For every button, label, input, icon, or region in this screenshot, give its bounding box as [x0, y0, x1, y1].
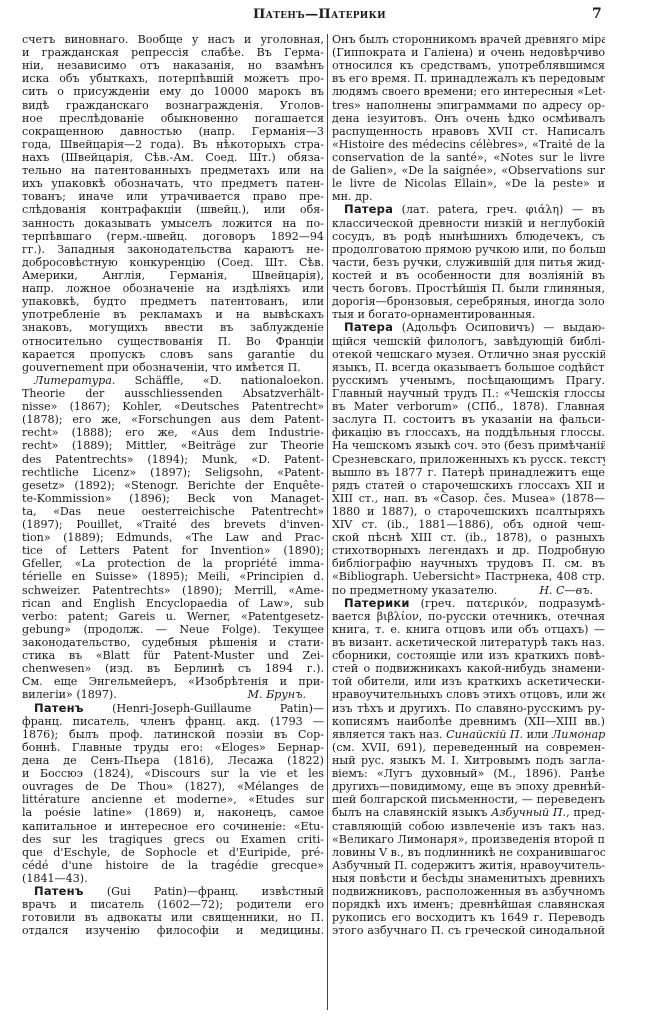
- text-line: la poésie latine» (1869) и, наконецъ, са…: [22, 806, 324, 819]
- text-line: стей о подвижникахъ какой-нибудь знамени…: [332, 662, 605, 675]
- text-line: гг.). Западныя законодательства караютъ …: [22, 243, 324, 256]
- text-line: Срезневскаго, приложенныхъ къ русск. тек…: [332, 453, 605, 466]
- text-line: рядъ статей о старочешскихъ глоссахъ XII…: [332, 479, 605, 492]
- text-line: нравоучительныхъ словъ этихъ отцовъ, или…: [332, 688, 605, 701]
- literature-last-line: вилегіи» (1897).М. Брунъ.: [22, 688, 324, 701]
- text-line: вилегіи» (1897).: [22, 688, 117, 701]
- author-signature: М. Брунъ.: [248, 688, 324, 701]
- text-line: напр. ложное обозначеніе на издѣліяхъ ил…: [22, 282, 324, 295]
- text-line: des Patentrechts» (1894); Munk, «D. Pate…: [22, 453, 324, 466]
- italic-title: Лимонарь: [552, 728, 605, 741]
- text-line: térielle en Suisse» (1895); Meili, «Prin…: [22, 570, 324, 583]
- text-line: См. еще Энгельмейеръ, «Изобрѣтенія и при…: [22, 675, 324, 688]
- text-line: знаковъ, могущихъ ввести въ заблужденіе: [22, 321, 324, 334]
- text-line: и Боссюэ (1824), «Discours sur la vie et…: [22, 767, 324, 780]
- text-line: людямъ своего времени; его интересныя «L…: [332, 85, 605, 98]
- text-line: 1880 и 1887), о старочешскихъ псалтыряхъ: [332, 505, 605, 518]
- text-line: относился къ средствамъ, употреблявшимся: [332, 59, 605, 72]
- entry-last-line: по предметному указателю.Н. С—въ.: [332, 584, 605, 597]
- text-line: видѣ гражданскаго вознагражденія. Уголов…: [22, 99, 324, 112]
- text-line: карается пропускъ словъ sans garantie du: [22, 348, 324, 361]
- text-line: подвижниковъ, расположенныя въ азбучномъ: [332, 885, 605, 898]
- text-line: порядкѣ ихъ именъ; древнѣйшая славянская: [332, 898, 605, 911]
- entry-heading-line: Патера (лат. patera, греч. φιάλη) — въ: [332, 203, 605, 216]
- text-line: (1878); его же, «Forschungen aus dem Pat…: [22, 413, 324, 426]
- text-line: gouvernement при обозначеніи, что имѣетс…: [22, 361, 324, 374]
- text-line: gesetz» (1892); «Stenogr. Berichte der E…: [22, 479, 324, 492]
- text-line: по предметному указателю.: [332, 584, 497, 597]
- text-line: щійся чешскій филологъ, завѣдующій библі…: [332, 335, 605, 348]
- text-line: (Гиппократа и Галіена) и очень недовѣрчи…: [332, 46, 605, 59]
- entry-heading-line: Патерики (греч. πατερικόν, подразумѣ-: [332, 597, 605, 610]
- text-line: віемъ: «Лугъ духовный» (М., 1896). Ранѣе: [332, 767, 605, 780]
- text-line: этого азбучнаго П. съ греческой синодаль…: [332, 924, 605, 937]
- text-line: занность доказывать умыселъ ложится на п…: [22, 217, 324, 230]
- text-line: gebung» (продолж. — Neue Folge). Текущее: [22, 623, 324, 636]
- text-line: сборники, состоящіе или изъ краткихъ пов…: [332, 649, 605, 662]
- entry-heading-line: Патенъ (Henri-Joseph-Guillaume Patin)—: [22, 702, 324, 715]
- text-line: дена де Сенъ-Пьера (1816), Лесажа (1822): [22, 754, 324, 767]
- text-line: ta, «Das neue oesterreichische Patentrec…: [22, 505, 324, 518]
- speck: [363, 14, 365, 16]
- entry-text: (греч. πατερικόν, подразумѣ-: [410, 597, 605, 610]
- text-line: te-Kommission» (1896); Beck von Managet-: [22, 492, 324, 505]
- text-line: законодательство, судебныя рѣшенія и ста…: [22, 636, 324, 649]
- entry-headword: Патерики: [344, 597, 410, 610]
- text-line: Gfeller, «La protection de la propriété …: [22, 557, 324, 570]
- text-line: стика въ «Blatt für Patent-Muster und Ze…: [22, 649, 324, 662]
- text-line: сить о присужденіи ему до 10000 марокъ в…: [22, 85, 324, 98]
- text-line: ихъ упаковкѣ обозначать, что предметъ па…: [22, 177, 324, 190]
- text-line: библіографію научныхъ трудовъ П. см. въ: [332, 557, 605, 570]
- text-line: отекой чешскаго музея. Отлично зная русс…: [332, 348, 605, 361]
- text-line: XIII ст., нап. въ «Časop. čes. Musea» (1…: [332, 492, 605, 505]
- text-line: verbo: patent; Gareis u. Werner, «Patent…: [22, 610, 324, 623]
- right-column: Онъ былъ сторонникомъ врачей древняго мі…: [332, 33, 605, 938]
- entry-headword: Патенъ: [34, 702, 84, 715]
- literature-label: Литература.: [34, 374, 115, 387]
- text-line: фикацію въ глоссахъ, на поддѣльныя глосс…: [332, 426, 605, 439]
- text-line: de Galien», «De la saignée», «Observatio…: [332, 164, 605, 177]
- text-fragment: былъ на славянскій языкъ: [332, 806, 491, 819]
- text-line: rechtliche Licenz» (1897); Seligsohn, «P…: [22, 466, 324, 479]
- text-line: schweizer. Patentrechts» (1890); Merrill…: [22, 584, 324, 597]
- text-line: nisse» (1867); Kohler, «Deutsches Patent…: [22, 400, 324, 413]
- text-line: ніи, независимо отъ наказанія, но взамѣн…: [22, 59, 324, 72]
- text-line: tres» наполнены эпиграммами по адресу ор…: [332, 99, 605, 112]
- text-fragment: , пред-: [566, 806, 605, 819]
- text-line: классической древности низкій и неглубок…: [332, 217, 605, 230]
- text-line: нахъ (Швейцарія, Сѣв.-Ам. Соед. Шт.) обя…: [22, 151, 324, 164]
- text-line: conservation de la santé», «Notes sur le…: [332, 151, 605, 164]
- text-line: (1897); Pouillet, «Traité des brevets d'…: [22, 518, 324, 531]
- text-line: (см. XVII, 691), переведенный на совреме…: [332, 741, 605, 754]
- text-line: боннѣ. Главные труды его: «Eloges» Берна…: [22, 741, 324, 754]
- text-line: Онъ былъ сторонникомъ врачей древняго мі…: [332, 33, 605, 46]
- text-line: littérature ancienne et moderne», «Etude…: [22, 793, 324, 806]
- text-line: ставляющій собою извлеченіе изъ такъ наз…: [332, 820, 605, 833]
- text-line: тельно на патентованныхъ предметахъ или …: [22, 164, 324, 177]
- italic-title: Синайскій П.: [446, 728, 523, 741]
- column-divider: [327, 34, 328, 1010]
- text-line: На чешскомъ языкѣ соч. это (безъ примѣча…: [332, 439, 605, 452]
- text-line: des sur les tragiques grecs ou Examen cr…: [22, 833, 324, 846]
- text-line: ловины V в., въ подлинникѣ не сохранивша…: [332, 846, 605, 859]
- entry-headword: Патера: [344, 203, 393, 216]
- text-line: употребленіе въ рекламахъ и на вывѣскахъ: [22, 308, 324, 321]
- text-line: другихъ—повидимому, еще въ эпоху древнѣй…: [332, 780, 605, 793]
- text-line: продолговатою прямою ручкою или, по боль…: [332, 243, 605, 256]
- text-line: que d'Eschyle, de Sophocle et d'Euripide…: [22, 846, 324, 859]
- text-line: сосудъ, въ родѣ нынѣшнихъ блюдечекъ, съ: [332, 230, 605, 243]
- text-line: терпѣвшаго (герм.-швейц. договоръ 1892—9…: [22, 230, 324, 243]
- entry-headword: Патенъ: [34, 885, 84, 898]
- text-line: счетъ виновнаго. Вообще у насъ и уголовн…: [22, 33, 324, 46]
- text-line: врачъ и писатель (1602—72); родители его: [22, 898, 324, 911]
- text-line: части, безъ ручки, служившій для питья ж…: [332, 256, 605, 269]
- text-line: ное преслѣдованіе обыкновенно погашается: [22, 112, 324, 125]
- text-line: тыя и богато-орнаментированныя.: [332, 308, 605, 321]
- text-line: распущенность нравовъ XVII ст. Написалъ: [332, 125, 605, 138]
- text-line: Америки, Англія, Германія, Швейцарія),: [22, 269, 324, 282]
- text-line: «Великаго Лимонаря», произведенія второй…: [332, 833, 605, 846]
- text-line: ныя повѣсти и бесѣды знаменитыхъ древних…: [332, 872, 605, 885]
- text-fragment: или: [523, 728, 552, 741]
- text-line: франц. писатель, членъ франц. акд. (1793…: [22, 715, 324, 728]
- text-line: рукопись его восходитъ къ 1649 г. Перево…: [332, 911, 605, 924]
- text-line: chenwesen» (изд. въ Берлинѣ съ 1894 г.).: [22, 662, 324, 675]
- text-fragment: является такъ наз.: [332, 728, 446, 741]
- text-line: въ Mater verborum» (СПб., 1878). Главная: [332, 400, 605, 413]
- text-line: въ визант. аскетической литературѣ такъ …: [332, 636, 605, 649]
- entry-text: (Henri-Joseph-Guillaume Patin)—: [84, 702, 324, 715]
- text-line: той обители, или изъ краткихъ аскетическ…: [332, 675, 605, 688]
- text-line: le livre de Nicolas Ellain», «De la pest…: [332, 177, 605, 190]
- entry-text: (Gui Patin)—франц. извѣстный: [84, 885, 324, 898]
- text-line-mixed: является такъ наз. Синайскій П. или Лимо…: [332, 728, 605, 741]
- literature-heading-line: Литература. Schäffle, «D. nationaloekon.: [22, 374, 324, 387]
- text-line: recht» (1888); его же, «Aus dem Industri…: [22, 426, 324, 439]
- entry-heading-line: Патенъ (Gui Patin)—франц. извѣстный: [22, 885, 324, 898]
- text-line: rican and English Encyclopaedia of Law»,…: [22, 597, 324, 610]
- text-line: «Histoire des médecins célèbres», «Trait…: [332, 138, 605, 151]
- running-title: Патенъ—Патерики: [253, 7, 386, 22]
- text-line: «Bibliograph. Uebersicht» Пастрнека, 408…: [332, 570, 605, 583]
- entry-heading-line: Патера (Адольфъ Осиповичъ) — выдаю-: [332, 321, 605, 334]
- text-line: Theorie der ausschliessenden Absatzverhä…: [22, 387, 324, 400]
- text-line: отдался изученію философіи и медицины.: [22, 924, 324, 937]
- text-line: и гражданская репрессія слабѣе. Въ Герма…: [22, 46, 324, 59]
- text-line: добросовѣстную конкуренцію (Соед. Шт. Сѣ…: [22, 256, 324, 269]
- text-line: 1876); былъ проф. латинской поэзіи въ Со…: [22, 728, 324, 741]
- text-line: Главный научный трудъ П.: «Чешскія глосс…: [332, 387, 605, 400]
- text-line: мн. др.: [332, 190, 605, 203]
- page-number: 7: [592, 6, 602, 22]
- text-line: относительно существованія П. Во Франціи: [22, 335, 324, 348]
- text-line: упаковкѣ, будто предметъ патентованъ, ил…: [22, 295, 324, 308]
- text-line: языкъ, П. всегда оказываетъ большое содѣ…: [332, 361, 605, 374]
- text-line: XIV ст. (ib., 1881—1886), объ одной чеш-: [332, 518, 605, 531]
- text-line: книга, т. е. книга отцовъ или объ отцахъ…: [332, 623, 605, 636]
- text-line: ской пѣснѣ XIII ст. (ib., 1878), о разны…: [332, 531, 605, 544]
- text-line: (1841—43).: [22, 872, 324, 885]
- entry-text: (лат. patera, греч. φιάλη) — въ: [393, 203, 605, 216]
- text-line: готовили въ адвокаты или священники, но …: [22, 911, 324, 924]
- left-column: счетъ виновнаго. Вообще у насъ и уголовн…: [22, 33, 324, 938]
- italic-title: Азбучный П.: [491, 806, 566, 819]
- text-line: вышло въ 1877 г. Патерѣ принадлежитъ еще: [332, 466, 605, 479]
- entry-text: (Адольфъ Осиповичъ) — выдаю-: [393, 321, 605, 334]
- text-line: Schäffle, «D. nationaloekon.: [115, 374, 324, 387]
- text-line: ouvrages de De Thou» (1827), «Mélanges d…: [22, 780, 324, 793]
- text-line: заслуга П. состоитъ въ указаніи на фальс…: [332, 413, 605, 426]
- text-line: вается βιβλίον, по-русски отечникъ, отеч…: [332, 610, 605, 623]
- entry-headword: Патера: [344, 321, 393, 334]
- author-signature: Н. С—въ.: [539, 584, 605, 597]
- text-line: года, Швейцарія—2 года). Въ нѣкоторыхъ с…: [22, 138, 324, 151]
- text-line: костей и въ особенности для возліяній въ: [332, 269, 605, 282]
- text-line: ный рус. языкъ М. І. Хитровымъ подъ загл…: [332, 754, 605, 767]
- text-line: стихотворныхъ легендахъ и др. Подробную: [332, 544, 605, 557]
- text-line: сокращенною давностью (напр. Германія—3: [22, 125, 324, 138]
- text-line: Азбучный П. содержитъ житія, нравоучител…: [332, 859, 605, 872]
- text-line: шей болгарской письменности, — переведен…: [332, 793, 605, 806]
- text-line: cédé d'une histoire de la tragédie grecq…: [22, 859, 324, 872]
- text-line: слѣдованія контрафакціи (швейц.), или об…: [22, 203, 324, 216]
- text-line: recht» (1889); Mittler, «Beiträge zur Th…: [22, 439, 324, 452]
- text-line-mixed: былъ на славянскій языкъ Азбучный П., пр…: [332, 806, 605, 819]
- text-line: тованъ; иначе или утрачивается право пре…: [22, 190, 324, 203]
- text-line: честь боговъ. Простѣйшія П. были глиняны…: [332, 282, 605, 295]
- text-line: кописямъ наиболѣе древнимъ (XII—XIII вв.…: [332, 715, 605, 728]
- text-line: изъ тѣхъ и другихъ. По славяно-русскимъ …: [332, 702, 605, 715]
- text-line: tice of Letters Patent for Invention» (1…: [22, 544, 324, 557]
- text-line: дена іезуитовъ. Онъ очень ѣдко осмѣивалъ: [332, 112, 605, 125]
- text-line: дорогія—бронзовыя, серебряныя, иногда зо…: [332, 295, 605, 308]
- text-line: tion» (1889); Edmunds, «The Law and Prac…: [22, 531, 324, 544]
- text-line: въ его время. П. принадлежалъ къ передов…: [332, 72, 605, 85]
- text-line: иска объ убыткахъ, потерпѣвшій можетъ пр…: [22, 72, 324, 85]
- page-header: Патенъ—Патерики 7: [0, 5, 650, 25]
- text-line: русскимъ ученымъ, посѣщающимъ Прагу.: [332, 374, 605, 387]
- text-line: капитальное и интересное его сочиненіе: …: [22, 820, 324, 833]
